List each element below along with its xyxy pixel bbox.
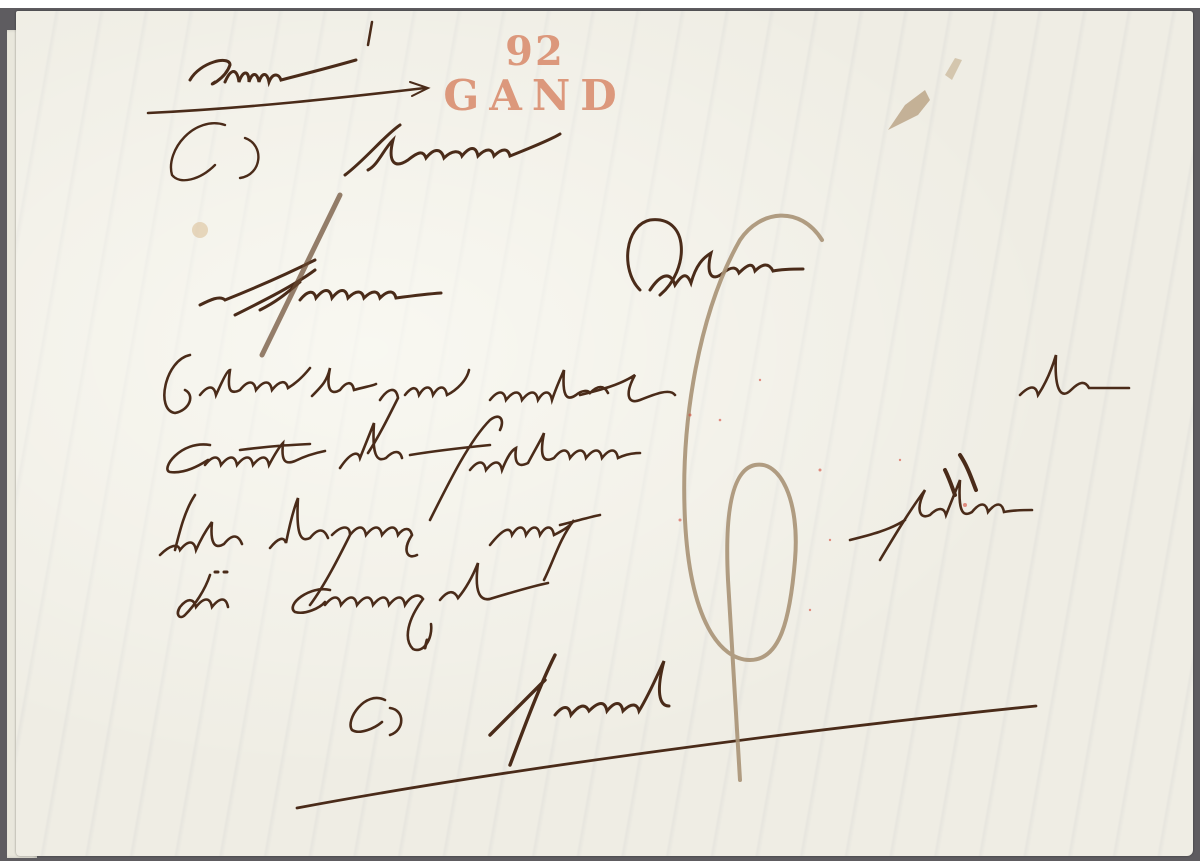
address-line-7-script bbox=[297, 655, 1036, 808]
address-line-4-script bbox=[167, 417, 640, 520]
paper-stain bbox=[945, 58, 962, 80]
postage-due-6-marking bbox=[684, 216, 822, 780]
paper-stain bbox=[888, 90, 930, 130]
address-line-2-script bbox=[200, 195, 803, 355]
address-line-3-script bbox=[164, 355, 1129, 453]
paper-stain bbox=[192, 222, 208, 238]
address-line-1-script bbox=[171, 123, 560, 180]
manuscript-ink bbox=[0, 0, 1200, 861]
endorsement-armee-script bbox=[148, 22, 428, 113]
address-line-5-script bbox=[160, 455, 1032, 605]
address-line-6-script bbox=[178, 563, 548, 650]
